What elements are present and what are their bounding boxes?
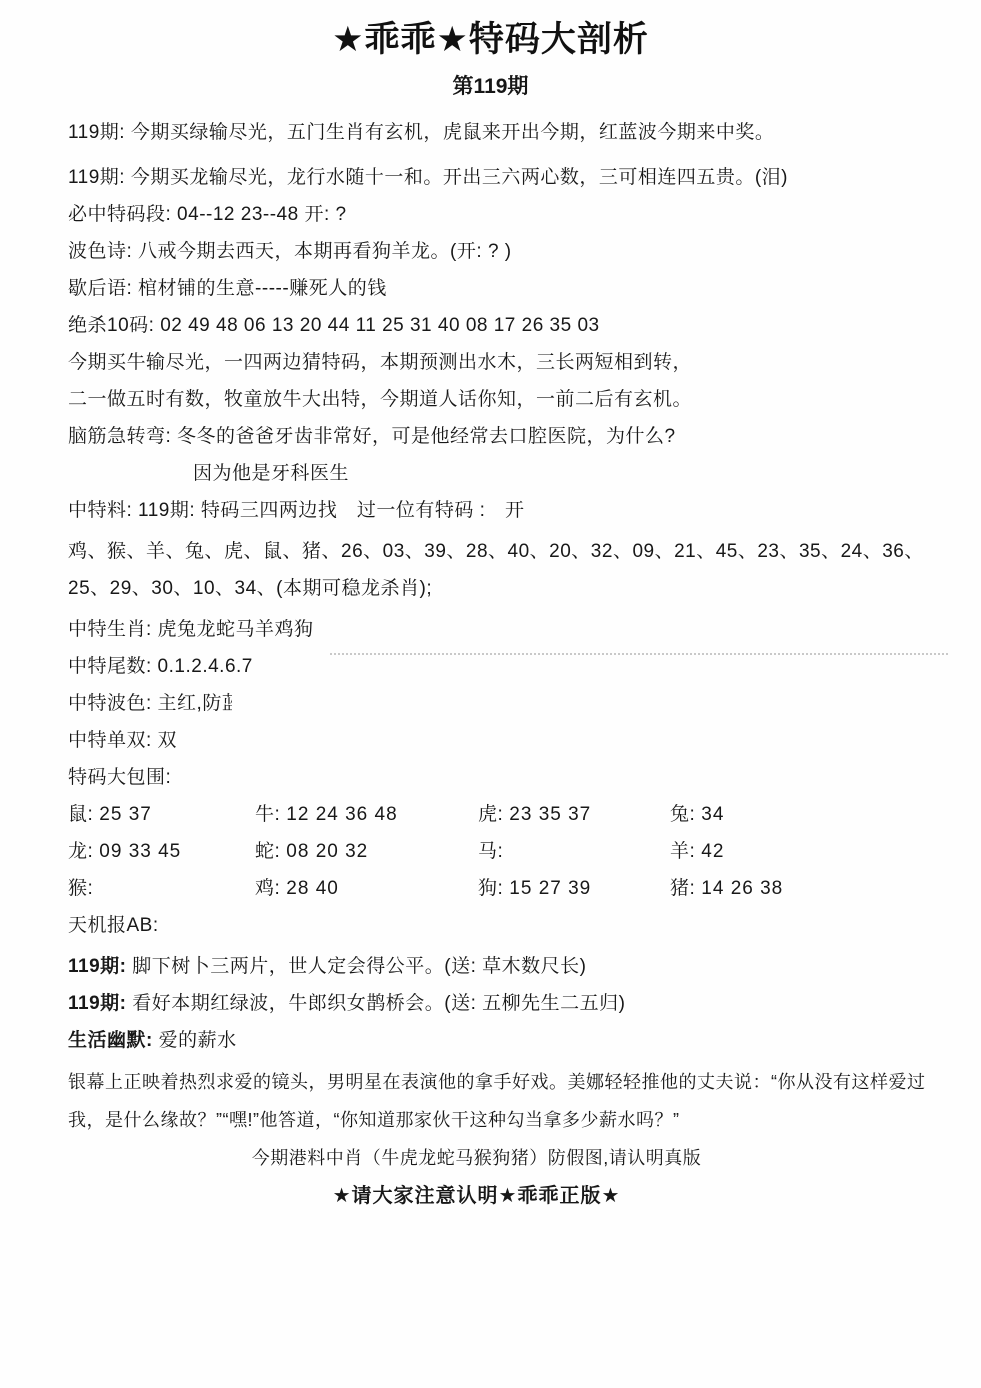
surround-title: 特码大包围: (68, 759, 953, 796)
zodiac-label: 猪: (670, 878, 695, 899)
special-code-range: 必中特码段: 04--12 23--48 开: ? (68, 196, 953, 233)
wave-truncated-char: 蓝 (222, 685, 232, 722)
zodiac-label: 狗: (478, 878, 503, 899)
verse-text: 脚下树卜三两片，世人定会得公平。(送: 草木数尺长) (126, 956, 586, 977)
zodiac-numbers: 12 24 36 48 (280, 804, 397, 825)
zodiac-number-list-1: 鸡、猴、羊、兔、虎、鼠、猪、26、03、39、28、40、20、32、09、21… (68, 533, 953, 570)
xiehouyu-line: 歇后语: 棺材铺的生意-----赚死人的钱 (68, 270, 953, 307)
zodiac-label: 兔: (670, 804, 695, 825)
zodiac-label: 鸡: (255, 878, 280, 899)
table-cell-dragon: 龙:09 33 45 (68, 833, 255, 870)
zodiac-numbers (503, 841, 509, 862)
zodiac-label: 羊: (670, 841, 695, 862)
wave-color-poem: 波色诗: 八戒今期去西天，本期再看狗羊龙。(开: ? ) (68, 233, 953, 270)
humor-label: 生活幽默: (68, 1030, 153, 1051)
zodiac-numbers: 28 40 (280, 878, 339, 899)
issue-prefix: 119期: (68, 956, 126, 977)
zodiac-numbers: 08 20 32 (280, 841, 368, 862)
verse-line-2: 二一做五时有数，牧童放牛大出特，今期道人话你知，一前二后有玄机。 (68, 381, 953, 418)
zodiac-numbers: 23 35 37 (503, 804, 591, 825)
humor-title: 生活幽默: 爱的薪水 (68, 1022, 953, 1059)
zodiac-label: 龙: (68, 841, 93, 862)
zodiac-label: 虎: (478, 804, 503, 825)
bottom-verse-1: 119期: 脚下树卜三两片，世人定会得公平。(送: 草木数尺长) (68, 948, 953, 985)
table-cell-tiger: 虎:23 35 37 (478, 796, 670, 833)
zodiac-label: 马: (478, 841, 503, 862)
zodiac-numbers: 25 37 (93, 804, 152, 825)
wave-text: 中特波色: 主红,防 (68, 693, 222, 714)
zodiac-label: 牛: (255, 804, 280, 825)
table-cell-pig: 猪:14 26 38 (670, 870, 953, 907)
table-cell-monkey: 猴: (68, 870, 255, 907)
zodiac-number-table: 鼠:25 37 牛:12 24 36 48 虎:23 35 37 兔:34 龙:… (68, 796, 953, 907)
sheet-body: 119期: 今期买绿输尽光，五门生肖有玄机，虎鼠来开出今期，红蓝波今期来中奖。 … (0, 100, 981, 1139)
verse-line-1: 今期买牛输尽光，一四两边猜特码，本期预测出水木，三长两短相到转， (68, 344, 953, 381)
humor-value: 爱的薪水 (153, 1030, 237, 1051)
footer-brand: ★请大家注意认明★乖乖正版★ (0, 1177, 953, 1215)
zodiac-numbers: 34 (695, 804, 724, 825)
zodiac-number-list-2: 25、29、30、10、34、(本期可稳龙杀肖); (68, 570, 953, 607)
zodiac-label: 鼠: (68, 804, 93, 825)
tip-line-2: 119期: 今期买龙输尽光，龙行水随十一和。开出三六两心数，三可相连四五贵。(泪… (68, 159, 953, 196)
footer-note: 今期港料中肖（牛虎龙蛇马猴狗猪）防假图,请认明真版 (0, 1139, 953, 1177)
brain-teaser: 脑筋急转弯: 冬冬的爸爸牙齿非常好，可是他经常去口腔医院，为什么? (68, 418, 953, 455)
zodiac-numbers (93, 878, 99, 899)
zodiac-label: 猴: (68, 878, 93, 899)
zodiac-numbers: 09 33 45 (93, 841, 181, 862)
page-title: ★乖乖★特码大剖析 (0, 0, 981, 62)
zodiac-numbers: 42 (695, 841, 724, 862)
zhong-wave-line: 中特波色: 主红,防蓝 (68, 685, 953, 722)
table-cell-snake: 蛇:08 20 32 (255, 833, 478, 870)
table-cell-dog: 狗:15 27 39 (478, 870, 670, 907)
issue-number: 第119期 (0, 70, 981, 100)
table-cell-rooster: 鸡:28 40 (255, 870, 478, 907)
zhong-oddeven-line: 中特单双: 双 (68, 722, 953, 759)
table-cell-rat: 鼠:25 37 (68, 796, 255, 833)
scan-artifact-line (330, 653, 948, 655)
tianji-line: 天机报AB: (68, 907, 953, 944)
verse-text: 看好本期红绿波，牛郎织女鹊桥会。(送: 五柳先生二五归) (126, 993, 625, 1014)
kill-10-codes: 绝杀10码: 02 49 48 06 13 20 44 11 25 31 40 … (68, 307, 953, 344)
lottery-tip-sheet: ★乖乖★特码大剖析 第119期 119期: 今期买绿输尽光，五门生肖有玄机，虎鼠… (0, 0, 981, 1388)
zodiac-label: 蛇: (255, 841, 280, 862)
zhong-zodiac-line: 中特生肖: 虎兔龙蛇马羊鸡狗 (68, 611, 953, 648)
humor-paragraph-2: 我，是什么缘故？”“嘿!”他答道，“你知道那家伙干这种勾当拿多少薪水吗？” (68, 1101, 953, 1139)
tip-line-1: 119期: 今期买绿输尽光，五门生肖有玄机，虎鼠来开出今期，红蓝波今期来中奖。 (68, 114, 953, 151)
table-cell-goat: 羊:42 (670, 833, 953, 870)
zodiac-numbers: 15 27 39 (503, 878, 591, 899)
bottom-verse-2: 119期: 看好本期红绿波，牛郎织女鹊桥会。(送: 五柳先生二五归) (68, 985, 953, 1022)
brain-teaser-answer: 因为他是牙科医生 (68, 455, 953, 492)
table-cell-ox: 牛:12 24 36 48 (255, 796, 478, 833)
humor-paragraph-1: 银幕上正映着热烈求爱的镜头，男明星在表演他的拿手好戏。美娜轻轻推他的丈夫说：“你… (68, 1063, 953, 1101)
zodiac-numbers: 14 26 38 (695, 878, 783, 899)
issue-prefix: 119期: (68, 993, 126, 1014)
table-cell-horse: 马: (478, 833, 670, 870)
table-cell-rabbit: 兔:34 (670, 796, 953, 833)
zhongtela-line: 中特料: 119期: 特码三四两边找 过一位有特码 : 开 (68, 492, 953, 529)
